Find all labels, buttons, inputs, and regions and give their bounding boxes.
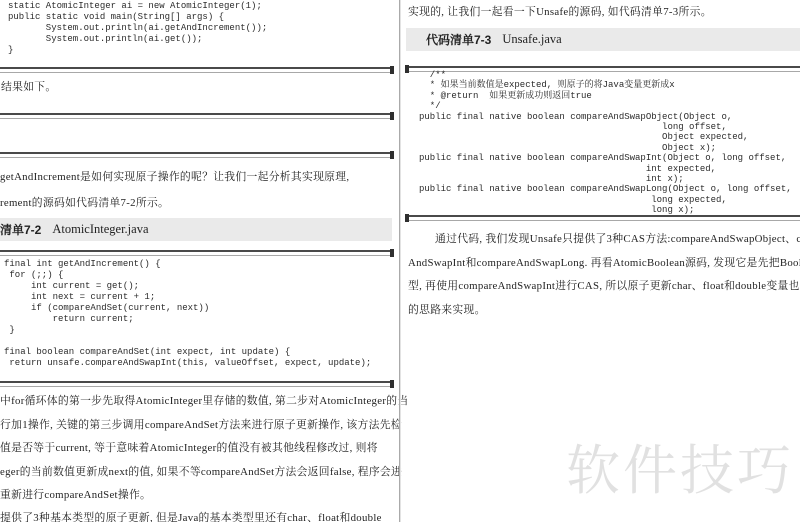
section-rule — [0, 67, 392, 73]
explain-line-5: 重新进行compareAndSet操作。 — [0, 484, 408, 508]
watermark-text: 软件技巧 — [566, 428, 794, 505]
cas-summary-line-4: 的思路来实现。 — [408, 299, 800, 323]
code-listing-7-2: final int getAndIncrement() { for (;;) {… — [4, 259, 371, 369]
explain-line-1: 中for循环体的第一步先取得AtomicInteger里存储的数值, 第二步对A… — [0, 390, 408, 414]
code-7-2-bottom-rule — [0, 381, 392, 387]
listing-7-3-label: 代码清单7-3 — [426, 31, 491, 48]
intro-paragraph: getAndIncrement是如何实现原子操作的呢？让我们一起分析其实现原理,… — [0, 164, 349, 216]
page-divider — [399, 0, 401, 522]
listing-7-2-filename: AtomicInteger.java — [52, 222, 148, 237]
right-top-line: 实现的, 让我们一起看一下Unsafe的源码, 如代码清单7-3所示。 — [408, 4, 712, 19]
clipped-bottom-line: 提供了3种基本类型的原子更新, 但是Java的基本类型里还有char、float… — [0, 510, 382, 522]
cas-summary-paragraph: 通过代码, 我们发现Unsafe只提供了3种CAS方法:compareAndSw… — [408, 228, 800, 323]
explain-line-3: 值是否等于current, 等于意味着AtomicInteger的值没有被其他线… — [0, 437, 408, 461]
intro-line-2: rement的源码如代码清单7-2所示。 — [0, 190, 349, 216]
intro-line-1: getAndIncrement是如何实现原子操作的呢？让我们一起分析其实现原理, — [0, 164, 349, 190]
code-7-3-bottom-rule — [407, 215, 800, 221]
output-block-top-rule — [0, 113, 392, 119]
explain-line-2: 行加1操作, 关键的第三步调用compareAndSet方法来进行原子更新操作,… — [0, 414, 408, 438]
listing-7-2-header: 清单7-2 AtomicInteger.java — [0, 218, 392, 241]
explain-paragraph: 中for循环体的第一步先取得AtomicInteger里存储的数值, 第二步对A… — [0, 390, 408, 508]
code-listing-7-1: static AtomicInteger ai = new AtomicInte… — [8, 1, 267, 56]
explain-line-4: eger的当前数值更新成next的值, 如果不等compareAndSet方法会… — [0, 461, 408, 485]
result-caption: 结果如下。 — [1, 79, 56, 94]
listing-7-3-filename: Unsafe.java — [502, 32, 561, 47]
book-scan-spread: static AtomicInteger ai = new AtomicInte… — [0, 0, 800, 522]
code-listing-7-3: /** * 如果当前数值是expected, 则原子的将Java变量更新成x *… — [419, 70, 792, 216]
code-7-2-top-rule — [0, 250, 392, 256]
listing-7-2-label: 清单7-2 — [0, 221, 41, 238]
listing-7-3-header: 代码清单7-3 Unsafe.java — [406, 28, 800, 51]
cas-summary-line-1: 通过代码, 我们发现Unsafe只提供了3种CAS方法:compareAndSw… — [408, 228, 800, 252]
cas-summary-line-2: AndSwapInt和compareAndSwapLong. 再看AtomicB… — [408, 252, 800, 276]
cas-summary-line-3: 型, 再使用compareAndSwapInt进行CAS, 所以原子更新char… — [408, 275, 800, 299]
output-block-bottom-rule — [0, 152, 392, 158]
